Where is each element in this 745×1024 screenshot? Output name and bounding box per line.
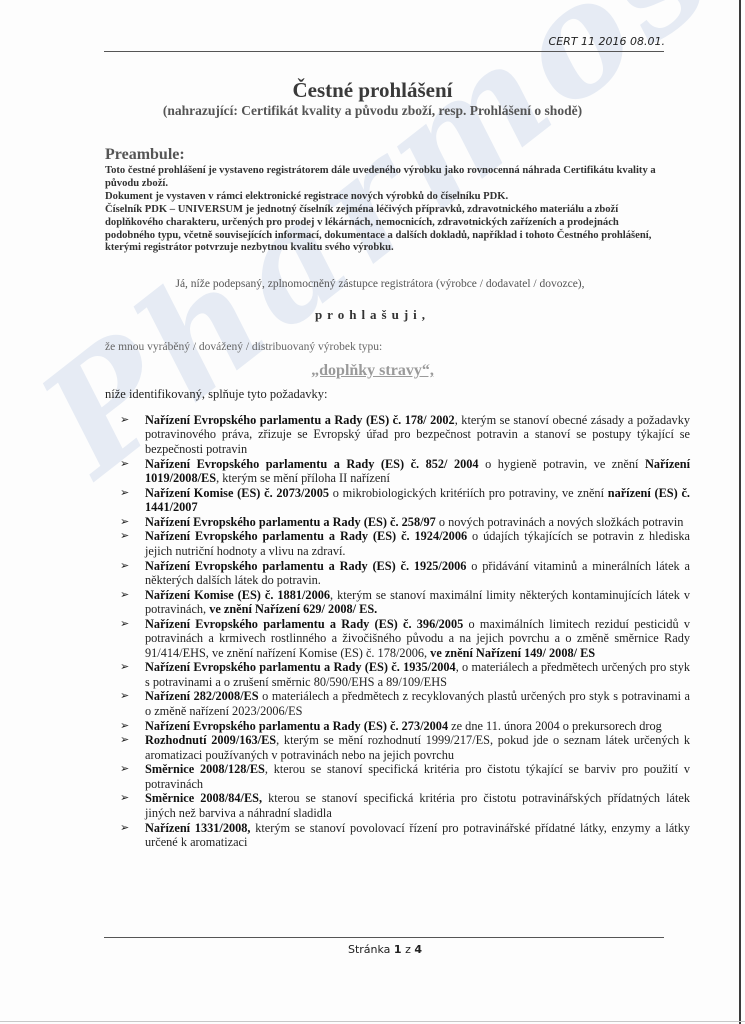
arrow-bullet-icon: ➢ bbox=[120, 791, 129, 805]
preamble-paragraph: Číselník PDK – UNIVERSUM je jednotný čís… bbox=[105, 204, 665, 256]
arrow-bullet-icon: ➢ bbox=[120, 762, 129, 776]
regulation-description: o hygieně potravin, ve znění bbox=[479, 457, 645, 471]
regulation-title: Směrnice 2008/84/ES, bbox=[145, 791, 262, 805]
arrow-bullet-icon: ➢ bbox=[120, 689, 129, 703]
arrow-bullet-icon: ➢ bbox=[120, 821, 129, 835]
regulation-title: Nařízení Evropského parlamentu a Rady (E… bbox=[145, 515, 436, 529]
document-page: Pharmos s.r.o. CERT 11 2016 08.01. Čestn… bbox=[0, 0, 745, 1024]
scan-bottom-edge bbox=[0, 1021, 745, 1022]
arrow-bullet-icon: ➢ bbox=[120, 413, 129, 427]
document-code: CERT 11 2016 08.01. bbox=[549, 35, 665, 48]
regulation-description: o nových potravinách a nových složkách p… bbox=[436, 515, 684, 529]
regulation-item: ➢Směrnice 2008/84/ES, kterou se stanoví … bbox=[120, 791, 690, 820]
document-subtitle: (nahrazující: Certifikát kvality a původ… bbox=[0, 103, 745, 119]
regulation-description: ze dne 11. února 2004 o prekursorech dro… bbox=[448, 719, 662, 733]
regulation-item: ➢Nařízení Evropského parlamentu a Rady (… bbox=[120, 660, 690, 689]
footer-divider bbox=[104, 937, 664, 938]
regulation-item: ➢Nařízení Evropského parlamentu a Rady (… bbox=[120, 457, 690, 486]
arrow-bullet-icon: ➢ bbox=[120, 457, 129, 471]
regulation-amendment: ve znění Nařízení 629/ 2008/ ES. bbox=[209, 602, 377, 616]
regulation-title: Nařízení Evropského parlamentu a Rady (E… bbox=[145, 413, 455, 427]
regulation-title: Nařízení Evropského parlamentu a Rady (E… bbox=[145, 457, 479, 471]
preamble-heading: Preambule: bbox=[105, 146, 185, 164]
regulations-list: ➢Nařízení Evropského parlamentu a Rady (… bbox=[120, 413, 690, 850]
regulation-item: ➢Nařízení Komise (ES) č. 2073/2005 o mik… bbox=[120, 486, 690, 515]
regulation-title: Směrnice 2008/128/ES bbox=[145, 762, 265, 776]
regulation-item: ➢Nařízení Evropského parlamentu a Rady (… bbox=[120, 413, 690, 456]
document-title: Čestné prohlášení bbox=[0, 78, 745, 103]
requirements-intro: níže identifikovaný, splňuje tyto požada… bbox=[105, 387, 328, 402]
regulation-title: Nařízení Evropského parlamentu a Rady (E… bbox=[145, 660, 456, 674]
regulation-item: ➢Nařízení 282/2008/ES o materiálech a př… bbox=[120, 689, 690, 718]
regulation-item: ➢Rozhodnutí 2009/163/ES, kterým se mění … bbox=[120, 733, 690, 762]
header-divider bbox=[104, 51, 664, 52]
preamble-text: Toto čestné prohlášení je vystaveno regi… bbox=[105, 165, 665, 255]
page-footer: Stránka 1 z 4 bbox=[0, 943, 745, 956]
product-line: že mnou vyráběný / dovážený / distribuov… bbox=[105, 341, 382, 353]
regulation-item: ➢Směrnice 2008/128/ES, kterou se stanoví… bbox=[120, 762, 690, 791]
arrow-bullet-icon: ➢ bbox=[120, 660, 129, 674]
declaration-heading: prohlašuji, bbox=[0, 307, 745, 323]
regulation-title: Nařízení Evropského parlamentu a Rady (E… bbox=[145, 719, 448, 733]
current-page: 1 bbox=[394, 943, 402, 956]
regulation-item: ➢Nařízení Komise (ES) č. 1881/2006, kter… bbox=[120, 588, 690, 617]
total-pages: 4 bbox=[414, 943, 422, 956]
regulation-item: ➢Nařízení Evropského parlamentu a Rady (… bbox=[120, 515, 690, 529]
arrow-bullet-icon: ➢ bbox=[120, 719, 129, 733]
regulation-item: ➢Nařízení Evropského parlamentu a Rady (… bbox=[120, 559, 690, 588]
regulation-title: Nařízení Komise (ES) č. 1881/2006 bbox=[145, 588, 330, 602]
preamble-paragraph: Toto čestné prohlášení je vystaveno regi… bbox=[105, 165, 665, 191]
regulation-amendment: ve znění Nařízení 149/ 2008/ ES bbox=[430, 646, 595, 660]
declarant-statement: Já, níže podepsaný, zplnomocněný zástupc… bbox=[0, 278, 745, 290]
regulation-item: ➢Nařízení Evropského parlamentu a Rady (… bbox=[120, 617, 690, 660]
regulation-item: ➢Nařízení 1331/2008, kterým se stanoví p… bbox=[120, 821, 690, 850]
regulation-item: ➢Nařízení Evropského parlamentu a Rady (… bbox=[120, 719, 690, 733]
arrow-bullet-icon: ➢ bbox=[120, 515, 129, 529]
arrow-bullet-icon: ➢ bbox=[120, 588, 129, 602]
regulation-title: Nařízení Evropského parlamentu a Rady (E… bbox=[145, 559, 466, 573]
regulation-item: ➢Nařízení Evropského parlamentu a Rady (… bbox=[120, 529, 690, 558]
arrow-bullet-icon: ➢ bbox=[120, 617, 129, 631]
product-type: „doplňky stravy“, bbox=[0, 362, 745, 380]
regulation-title: Nařízení Komise (ES) č. 2073/2005 bbox=[145, 486, 329, 500]
regulation-title: Nařízení 282/2008/ES bbox=[145, 689, 259, 703]
scan-edge-line bbox=[739, 0, 741, 1024]
regulation-title: Nařízení Evropského parlamentu a Rady (E… bbox=[145, 617, 463, 631]
arrow-bullet-icon: ➢ bbox=[120, 559, 129, 573]
preamble-paragraph: Dokument je vystaven v rámci elektronick… bbox=[105, 191, 665, 204]
page-separator: z bbox=[405, 943, 411, 956]
regulation-title: Nařízení Evropského parlamentu a Rady (E… bbox=[145, 529, 467, 543]
arrow-bullet-icon: ➢ bbox=[120, 529, 129, 543]
regulation-title: Rozhodnutí 2009/163/ES bbox=[145, 733, 276, 747]
arrow-bullet-icon: ➢ bbox=[120, 486, 129, 500]
arrow-bullet-icon: ➢ bbox=[120, 733, 129, 747]
regulation-description-continued: , kterým se mění příloha II nařízení bbox=[216, 471, 390, 485]
page-label: Stránka bbox=[348, 943, 390, 956]
regulation-description: o mikrobiologických kritériích pro potra… bbox=[329, 486, 608, 500]
regulation-title: Nařízení 1331/2008, bbox=[145, 821, 251, 835]
